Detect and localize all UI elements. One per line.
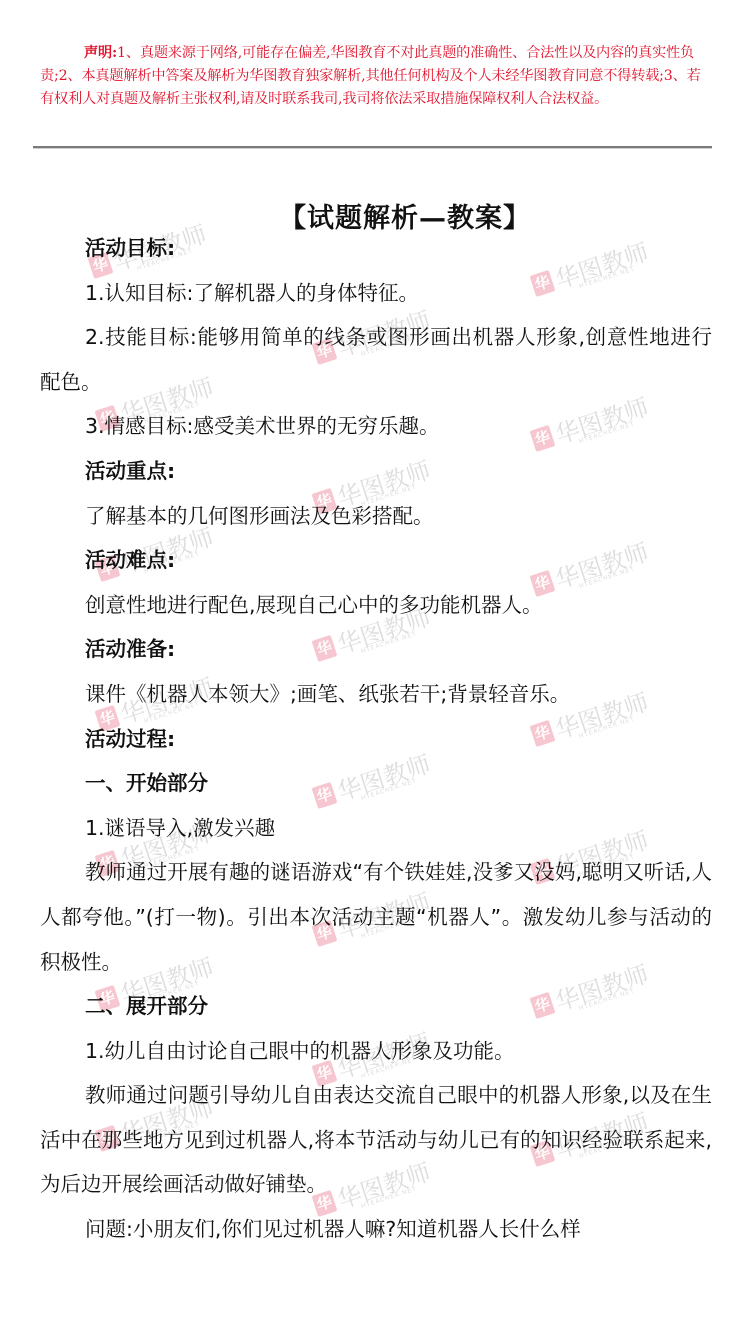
section-heading-process: 活动过程: [40,717,712,762]
paragraph-question: 问题:小朋友们,你们见过机器人嘛?知道机器人长什么样 [40,1207,712,1252]
paragraph-difficulties: 创意性地进行配色,展现自己心中的多功能机器人。 [40,583,712,628]
header-divider [33,146,712,149]
paragraph-cognitive-objective: 1.认知目标:了解机器人的身体特征。 [40,271,712,316]
paragraph-key-points: 了解基本的几何图形画法及色彩搭配。 [40,494,712,539]
lesson-plan-body: 活动目标: 1.认知目标:了解机器人的身体特征。 2.技能目标:能够用简单的线条… [40,226,712,1252]
paragraph-discussion-detail: 教师通过问题引导幼儿自由表达交流自己眼中的机器人形象,以及在生活中在那些地方见到… [40,1073,712,1207]
paragraph-preparation: 课件《机器人本领大》;画笔、纸张若干;背景轻音乐。 [40,672,712,717]
paragraph-riddle-intro: 1.谜语导入,激发兴趣 [40,806,712,851]
section-heading-difficulties: 活动难点: [40,538,712,583]
document-page: 声明:1、真题来源于网络,可能存在偏差,华图教育不对此真题的准确性、合法性以及内… [0,0,748,1335]
section-heading-development: 二、展开部分 [40,984,712,1029]
paragraph-discussion-title: 1.幼儿自由讨论自己眼中的机器人形象及功能。 [40,1029,712,1074]
section-heading-objectives: 活动目标: [40,226,712,271]
paragraph-skill-objective: 2.技能目标:能够用简单的线条或图形画出机器人形象,创意性地进行配色。 [40,315,712,404]
disclaimer-lead: 声明: [84,45,117,61]
disclaimer-text: 1、真题来源于网络,可能存在偏差,华图教育不对此真题的准确性、合法性以及内容的真… [40,45,701,107]
section-heading-preparation: 活动准备: [40,627,712,672]
section-heading-opening: 一、开始部分 [40,761,712,806]
paragraph-riddle-detail: 教师通过开展有趣的谜语游戏“有个铁娃娃,没爹又没妈,聪明又听话,人人都夸他。”(… [40,850,712,984]
disclaimer-notice: 声明:1、真题来源于网络,可能存在偏差,华图教育不对此真题的准确性、合法性以及内… [40,42,712,111]
paragraph-emotional-objective: 3.情感目标:感受美术世界的无穷乐趣。 [40,404,712,449]
section-heading-key-points: 活动重点: [40,449,712,494]
